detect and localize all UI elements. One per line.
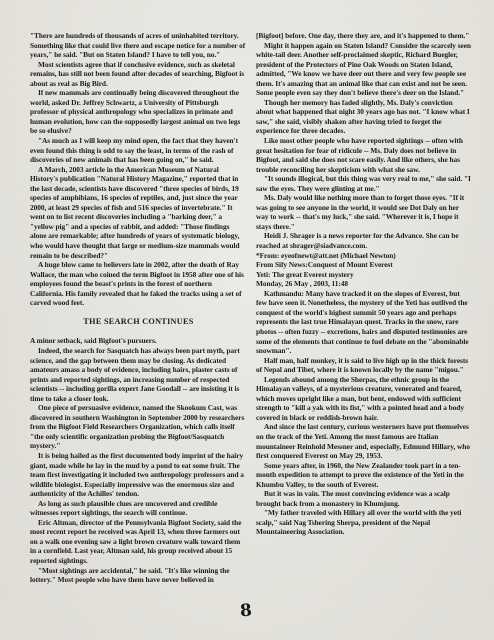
paragraph: If new mammals are continually being dis… <box>30 88 247 136</box>
document-page: "There are hundreds of thousands of acre… <box>0 0 494 640</box>
paragraph: Half man, half monkey, it is said to liv… <box>256 356 471 375</box>
paragraph: "Most sightings are accidental," he said… <box>30 566 247 585</box>
paragraph: Legends abound among the Sherpas, the et… <box>256 375 471 423</box>
paragraph: As long as such plausible clues are unco… <box>30 499 247 518</box>
paragraph: Like most other people who have reported… <box>256 136 471 174</box>
paragraph: "It sounds illogical, but this thing was… <box>256 174 471 193</box>
email-header-line: From Sify News:Conquest of Mount Everest <box>256 260 471 270</box>
paragraph: And since the last century, curious west… <box>256 422 471 460</box>
left-column: "There are hundreds of thousands of acre… <box>30 31 247 585</box>
paragraph: Heidi J. Shrager is a news reporter for … <box>256 231 471 250</box>
paragraph: But it was in vain. The most convincing … <box>256 489 471 508</box>
paragraph: A March, 2003 article in the American Mu… <box>30 165 247 260</box>
paragraph: Might it happen again on Staten Island? … <box>256 41 471 98</box>
paragraph: Kathmandu: Many have tracked it on the s… <box>256 289 471 356</box>
page-number: 8 <box>239 601 252 622</box>
paragraph: A huge blow came to believers late in 20… <box>30 260 247 308</box>
paragraph: It is being hailed as the first document… <box>30 451 247 499</box>
email-header-line: Yeti: The great Everest mystery <box>256 270 471 280</box>
section-heading: THE SEARCH CONTINUES <box>30 317 247 327</box>
paragraph: Ms. Daly would like nothing more than to… <box>256 193 471 231</box>
paragraph: Though her memory has faded slightly, Ms… <box>256 98 471 136</box>
paragraph: [Bigfoot] before. One day, there they ar… <box>256 31 471 41</box>
right-column: [Bigfoot] before. One day, there they ar… <box>256 31 471 537</box>
paragraph: "As much as I will keep my mind open, th… <box>30 136 247 165</box>
email-header: *From: eyeofnewt@att.net (Michael Newton… <box>256 251 471 289</box>
paragraph: "There are hundreds of thousands of acre… <box>30 31 247 60</box>
paragraph: Indeed, the search for Sasquatch has alw… <box>30 346 247 403</box>
paragraph: A minor setback, said Bigfoot's pursuers… <box>30 336 247 346</box>
paragraph: "My father traveled with Hillary all ove… <box>256 508 471 537</box>
email-header-line: Monday, 26 May , 2003, 11:48 <box>256 279 471 289</box>
paragraph: Some years after, in 1960, the New Zeala… <box>256 461 471 490</box>
paragraph: Most scientists agree that if conclusive… <box>30 60 247 89</box>
paragraph: One piece of persuasive evidence, named … <box>30 403 247 451</box>
paragraph: Eric Altman, director of the Pennsylvani… <box>30 518 247 566</box>
email-header-line: *From: eyeofnewt@att.net (Michael Newton… <box>256 251 471 261</box>
